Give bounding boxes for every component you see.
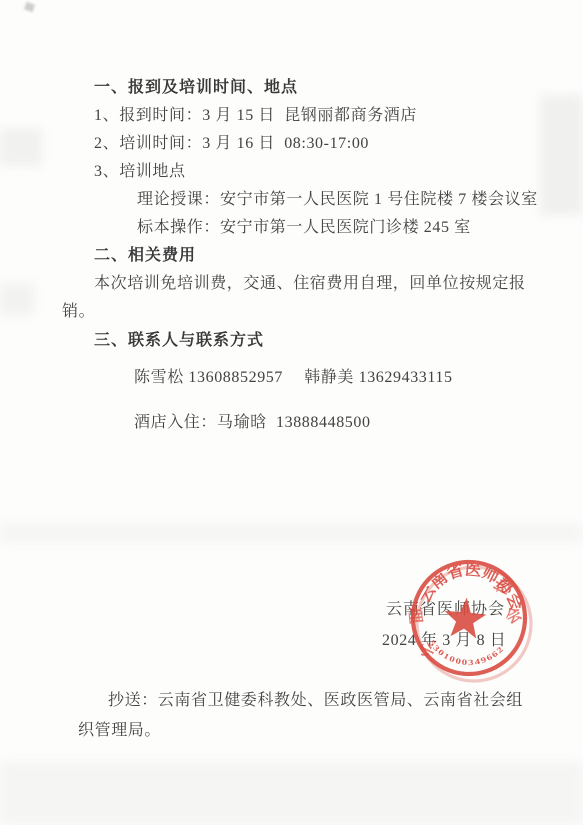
cc-line-1: 抄送：云南省卫健委科教处、医政医管局、云南省社会组	[108, 691, 523, 710]
official-seal-stamp: 理 小 协 会 云南省医师协会 5301000349662	[394, 543, 544, 693]
section-2-heading: 二、相关费用	[94, 246, 196, 265]
section-3-heading: 三、联系人与联系方式	[94, 331, 264, 350]
scan-blotch	[0, 128, 42, 166]
scan-blotch	[540, 95, 583, 215]
scan-blotch	[0, 524, 583, 542]
scan-smudge	[24, 2, 35, 13]
scan-blotch	[0, 762, 583, 825]
item-training-time: 2、培训时间：3 月 16 日 08:30-17:00	[94, 134, 369, 153]
fees-paragraph-line-2: 销。	[62, 302, 95, 321]
star-icon	[442, 596, 487, 639]
fees-paragraph-line-1: 本次培训免培训费，交通、住宿费用自理，回单位按规定报	[94, 274, 526, 293]
contacts-line: 陈雪松 13608852957 韩静美 13629433115	[134, 368, 453, 387]
hotel-contact-line: 酒店入住：马瑜晗 13888448500	[134, 413, 371, 432]
item-checkin-time: 1、报到时间：3 月 15 日 昆钢丽都商务酒店	[94, 106, 417, 125]
document-page: 一、报到及培训时间、地点 1、报到时间：3 月 15 日 昆钢丽都商务酒店 2、…	[0, 0, 583, 825]
section-1-heading: 一、报到及培训时间、地点	[94, 78, 298, 97]
venue-theory-line: 理论授课：安宁市第一人民医院 1 号住院楼 7 楼会议室	[137, 190, 538, 209]
cc-line-2: 织管理局。	[78, 721, 161, 740]
venue-specimen-line: 标本操作：安宁市第一人民医院门诊楼 245 室	[137, 218, 471, 237]
scan-blotch	[0, 283, 34, 315]
item-training-venue: 3、培训地点	[94, 162, 186, 181]
